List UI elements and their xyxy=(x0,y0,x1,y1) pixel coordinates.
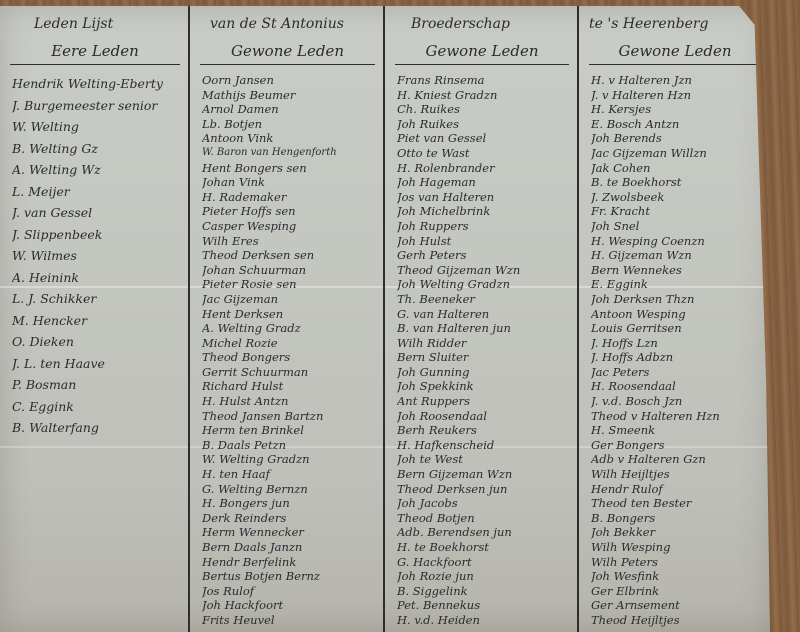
column-heading: Eere Leden xyxy=(10,42,180,65)
column-gewone-leden-2: Broederschap Gewone Leden Frans Rinsema … xyxy=(385,12,577,632)
member-name: Bern Daals Janzn xyxy=(202,540,383,555)
member-name: Wilh Eres xyxy=(202,234,383,249)
member-list: Frans Rinsema H. Kniest Gradzn Ch. Ruike… xyxy=(385,73,577,628)
member-name: Jac Peters xyxy=(591,365,769,380)
member-list: Oorn Jansen Mathijs Beumer Arnol Damen L… xyxy=(190,73,383,628)
member-name: Wilh Peters xyxy=(591,555,769,570)
member-name: J. Burgemeester senior xyxy=(12,95,188,117)
member-name: Joh Rozie jun xyxy=(397,569,577,584)
member-name: Joh Jacobs xyxy=(397,496,577,511)
member-name: W. Baron van Hengenforth xyxy=(202,146,383,161)
member-name: M. Hencker xyxy=(12,310,188,332)
member-name: H. Hafkenscheid xyxy=(397,438,577,453)
member-name: Joh Bekker xyxy=(591,525,769,540)
member-name: Johan Schuurman xyxy=(202,263,383,278)
member-name: Ant Ruppers xyxy=(397,394,577,409)
member-name: Joh Ruikes xyxy=(397,117,577,132)
member-name: B. Welting Gz xyxy=(12,138,188,160)
member-name: Theod Bongers xyxy=(202,350,383,365)
member-name: J. L. ten Haave xyxy=(12,353,188,375)
member-name: Theod ten Bester xyxy=(591,496,769,511)
member-list: Hendrik Welting-Eberty J. Burgemeester s… xyxy=(0,73,188,439)
column-heading: Gewone Leden xyxy=(589,42,761,65)
member-name: H. Kersjes xyxy=(591,102,769,117)
member-name: Casper Wesping xyxy=(202,219,383,234)
member-name: Bern Gijzeman Wzn xyxy=(397,467,577,482)
member-name: Adb. Berendsen jun xyxy=(397,525,577,540)
member-name: P. Bosman xyxy=(12,374,188,396)
member-name: A. Welting Gradz xyxy=(202,321,383,336)
member-name: Jos van Halteren xyxy=(397,190,577,205)
member-name: H. Hulst Antzn xyxy=(202,394,383,409)
member-name: J. Zwolsbeek xyxy=(591,190,769,205)
handwritten-member-list-sheet: Leden Lijst Eere Leden Hendrik Welting-E… xyxy=(0,6,770,632)
member-name: Ger Arnsement xyxy=(591,598,769,613)
member-name: Ger Elbrink xyxy=(591,584,769,599)
member-name: Joh Ruppers xyxy=(397,219,577,234)
member-name: Gerrit Schuurman xyxy=(202,365,383,380)
member-name: Joh Roosendaal xyxy=(397,409,577,424)
title-part: van de St Antonius xyxy=(190,12,383,36)
member-name: Jos Rulof xyxy=(202,584,383,599)
member-name: Fr. Kracht xyxy=(591,204,769,219)
member-name: Johan Vink xyxy=(202,175,383,190)
title-part: Broederschap xyxy=(385,12,577,36)
member-name: Wilh Heijltjes xyxy=(591,467,769,482)
member-name: W. Wilmes xyxy=(12,245,188,267)
member-name: Adb v Halteren Gzn xyxy=(591,452,769,467)
member-name: Ger Bongers xyxy=(591,438,769,453)
member-name: Theod Botjen xyxy=(397,511,577,526)
member-name: Bern Wennekes xyxy=(591,263,769,278)
member-name: Lb. Botjen xyxy=(202,117,383,132)
member-name: Joh Spekkink xyxy=(397,379,577,394)
member-name: B. van Halteren jun xyxy=(397,321,577,336)
member-name: H. Rolenbrander xyxy=(397,161,577,176)
member-name: O. Dieken xyxy=(12,331,188,353)
member-name: Antoon Vink xyxy=(202,131,383,146)
member-name: B. Daals Petzn xyxy=(202,438,383,453)
member-name: Joh Berends xyxy=(591,131,769,146)
member-name: H. te Boekhorst xyxy=(397,540,577,555)
member-name: Theod v Halteren Hzn xyxy=(591,409,769,424)
column-heading: Gewone Leden xyxy=(395,42,569,65)
member-name: Wilh Ridder xyxy=(397,336,577,351)
member-name: Mathijs Beumer xyxy=(202,88,383,103)
member-name: Theod Gijzeman Wzn xyxy=(397,263,577,278)
member-name: Frits Heuvel xyxy=(202,613,383,628)
column-gewone-leden-3: te 's Heerenberg Gewone Leden H. v Halte… xyxy=(579,12,769,632)
member-name: Jac Gijzeman xyxy=(202,292,383,307)
member-name: B. Bongers xyxy=(591,511,769,526)
member-name: H. Wesping Coenzn xyxy=(591,234,769,249)
member-name: Pieter Rosie sen xyxy=(202,277,383,292)
member-name: H. Roosendaal xyxy=(591,379,769,394)
member-name: J. Hoffs Adbzn xyxy=(591,350,769,365)
member-name: Bern Sluiter xyxy=(397,350,577,365)
member-name: Berh Reukers xyxy=(397,423,577,438)
column-heading: Gewone Leden xyxy=(200,42,375,65)
member-name: Michel Rozie xyxy=(202,336,383,351)
member-name: H. Rademaker xyxy=(202,190,383,205)
member-name: H. Kniest Gradzn xyxy=(397,88,577,103)
member-name: Joh Snel xyxy=(591,219,769,234)
member-name: A. Heinink xyxy=(12,267,188,289)
member-name: Joh Hageman xyxy=(397,175,577,190)
member-name: Hendr Rulof xyxy=(591,482,769,497)
member-name: J. van Gessel xyxy=(12,202,188,224)
member-name: Th. Beeneker xyxy=(397,292,577,307)
member-name: Joh te West xyxy=(397,452,577,467)
member-name: W. Welting xyxy=(12,116,188,138)
member-name: H. Bongers jun xyxy=(202,496,383,511)
member-name: Louis Gerritsen xyxy=(591,321,769,336)
member-name: J. Slippenbeek xyxy=(12,224,188,246)
member-name: G. Hackfoort xyxy=(397,555,577,570)
member-name: Antoon Wesping xyxy=(591,307,769,322)
member-name: Ch. Ruikes xyxy=(397,102,577,117)
member-name: Richard Hulst xyxy=(202,379,383,394)
member-name: Jak Cohen xyxy=(591,161,769,176)
member-name: Oorn Jansen xyxy=(202,73,383,88)
member-name: B. te Boekhorst xyxy=(591,175,769,190)
member-name: Frans Rinsema xyxy=(397,73,577,88)
member-name: Otto te Wast xyxy=(397,146,577,161)
member-name: Theod Derksen sen xyxy=(202,248,383,263)
member-name: W. Welting Gradzn xyxy=(202,452,383,467)
column-gewone-leden-1: van de St Antonius Gewone Leden Oorn Jan… xyxy=(190,12,383,632)
member-name: Gerh Peters xyxy=(397,248,577,263)
member-name: E. Eggink xyxy=(591,277,769,292)
member-name: Hent Bongers sen xyxy=(202,161,383,176)
member-name: Joh Derksen Thzn xyxy=(591,292,769,307)
member-name: H. Smeenk xyxy=(591,423,769,438)
member-name: Joh Hackfoort xyxy=(202,598,383,613)
member-name: L. Meijer xyxy=(12,181,188,203)
member-name: G. Welting Bernzn xyxy=(202,482,383,497)
member-name: J. Hoffs Lzn xyxy=(591,336,769,351)
member-name: Joh Michelbrink xyxy=(397,204,577,219)
member-name: J. v Halteren Hzn xyxy=(591,88,769,103)
member-name: Arnol Damen xyxy=(202,102,383,117)
column-eere-leden: Leden Lijst Eere Leden Hendrik Welting-E… xyxy=(0,12,188,632)
member-name: C. Eggink xyxy=(12,396,188,418)
member-name: H. Gijzeman Wzn xyxy=(591,248,769,263)
member-name: J. v.d. Bosch Jzn xyxy=(591,394,769,409)
member-name: H. v.d. Heiden xyxy=(397,613,577,628)
member-name: Pieter Hoffs sen xyxy=(202,204,383,219)
member-name: Herm Wennecker xyxy=(202,525,383,540)
member-name: Derk Reinders xyxy=(202,511,383,526)
member-name: Bertus Botjen Bernz xyxy=(202,569,383,584)
member-name: E. Bosch Antzn xyxy=(591,117,769,132)
member-list: H. v Halteren Jzn J. v Halteren Hzn H. K… xyxy=(579,73,769,628)
member-name: Piet van Gessel xyxy=(397,131,577,146)
member-name: Herm ten Brinkel xyxy=(202,423,383,438)
member-name: B. Walterfang xyxy=(12,417,188,439)
title-part: Leden Lijst xyxy=(0,12,188,36)
member-name: G. van Halteren xyxy=(397,307,577,322)
member-name: Joh Gunning xyxy=(397,365,577,380)
member-name: Jac Gijzeman Willzn xyxy=(591,146,769,161)
member-name: L. J. Schikker xyxy=(12,288,188,310)
member-name: Hendr Berfelink xyxy=(202,555,383,570)
member-name: Wilh Wesping xyxy=(591,540,769,555)
title-part: te 's Heerenberg xyxy=(579,12,769,36)
member-name: Joh Wesfink xyxy=(591,569,769,584)
member-name: H. v Halteren Jzn xyxy=(591,73,769,88)
member-name: Hendrik Welting-Eberty xyxy=(12,73,188,95)
member-name: Hent Derksen xyxy=(202,307,383,322)
member-name: B. Siggelink xyxy=(397,584,577,599)
member-name: H. ten Haaf xyxy=(202,467,383,482)
member-name: Pet. Bennekus xyxy=(397,598,577,613)
member-name: Theod Jansen Bartzn xyxy=(202,409,383,424)
member-name: A. Welting Wz xyxy=(12,159,188,181)
member-name: Joh Welting Gradzn xyxy=(397,277,577,292)
member-name: Theod Derksen jun xyxy=(397,482,577,497)
member-name: Theod Heijltjes xyxy=(591,613,769,628)
member-name: Joh Hulst xyxy=(397,234,577,249)
